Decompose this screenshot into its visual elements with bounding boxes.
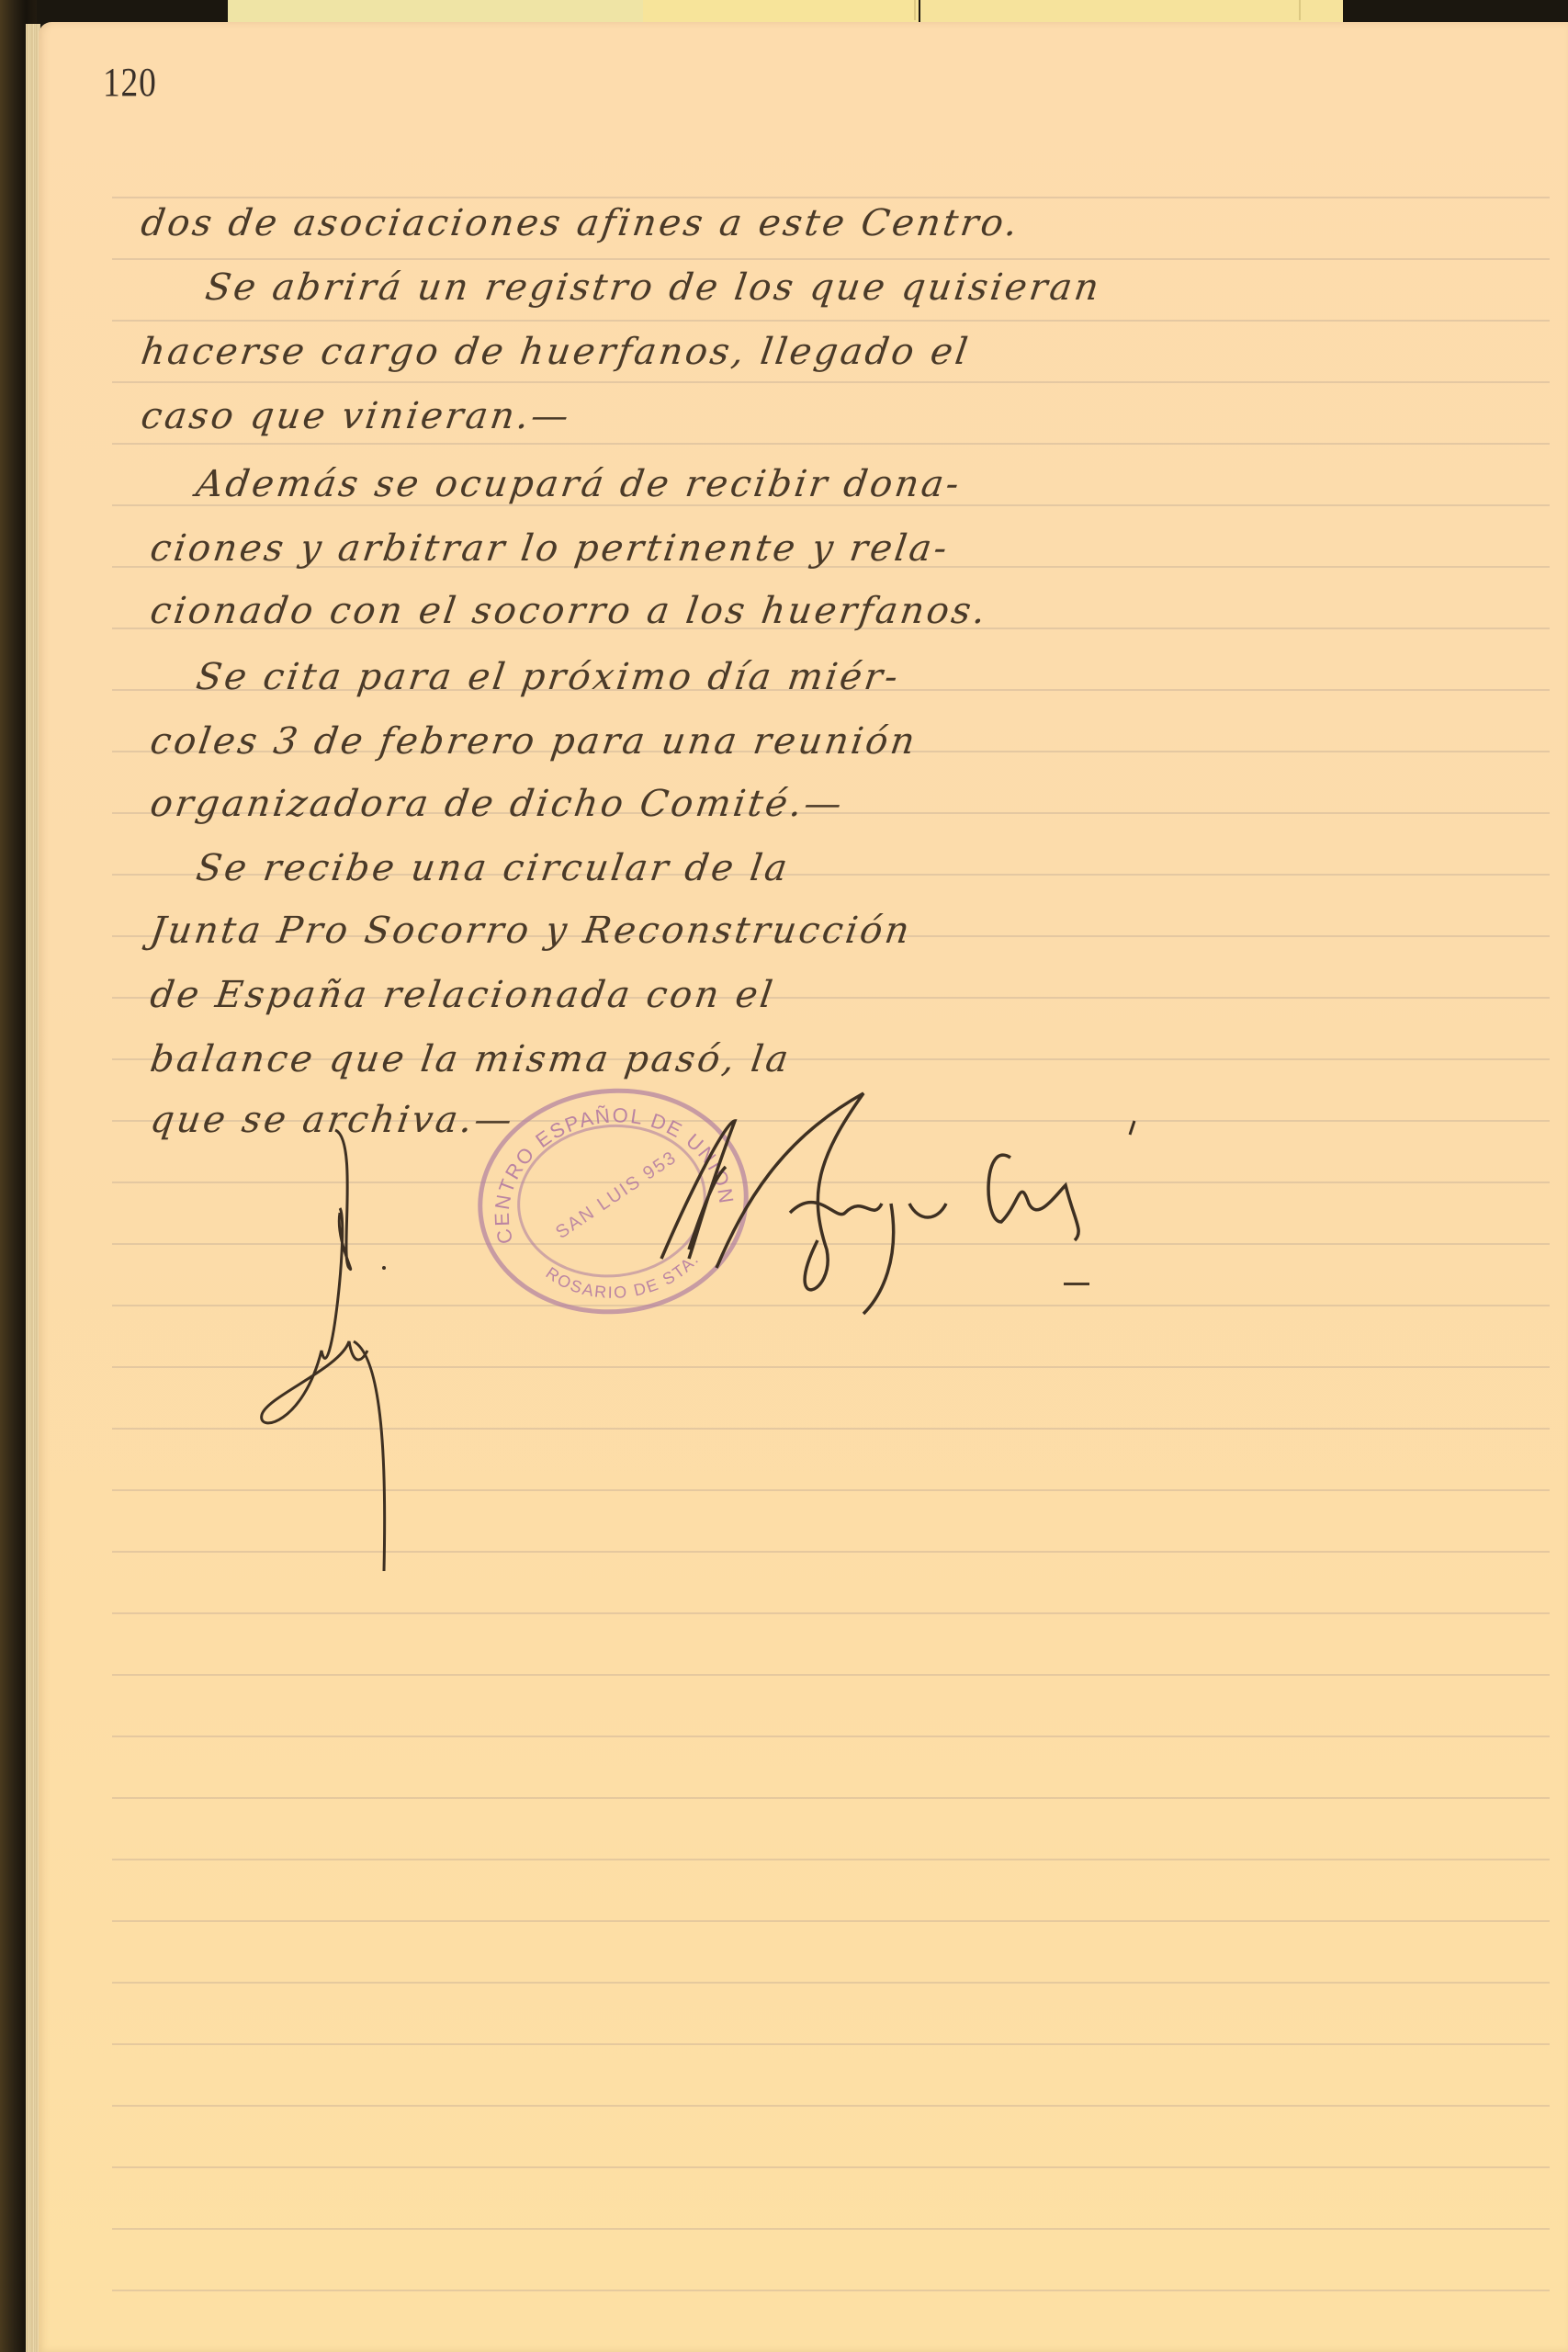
ruled-line xyxy=(112,2105,1550,2107)
signature-right xyxy=(634,1084,1148,1323)
ruled-line xyxy=(112,2290,1550,2291)
sticky-tab xyxy=(920,0,1343,22)
text-line-6: ciones y arbitrar lo pertinente y rela- xyxy=(148,527,953,570)
text-line-13: de España relacionada con el xyxy=(148,974,778,1016)
ruled-line xyxy=(112,381,1550,383)
ruled-line xyxy=(112,197,1550,198)
ruled-line xyxy=(112,1674,1550,1676)
ruled-line xyxy=(112,2043,1550,2045)
text-line-5: Además se ocupará de recibir dona- xyxy=(194,463,964,505)
text-line-10: organizadora de dicho Comité.— xyxy=(148,783,847,825)
ruled-line xyxy=(112,320,1550,322)
text-line-2: Se abrirá un registro de los que quisier… xyxy=(203,266,1104,309)
text-line-4: caso que vinieran.— xyxy=(139,395,574,437)
ruled-line xyxy=(112,2166,1550,2168)
text-line-12: Junta Pro Socorro y Reconstrucción xyxy=(148,910,915,952)
ruled-line xyxy=(112,2228,1550,2230)
sticky-tab xyxy=(643,0,919,22)
tab-divider xyxy=(914,0,916,20)
ruled-line xyxy=(112,1736,1550,1737)
text-line-8: Se cita para el próximo día miér- xyxy=(194,656,903,698)
text-line-14: balance que la misma pasó, la xyxy=(148,1038,794,1080)
signature-left xyxy=(248,1121,468,1580)
ruled-line xyxy=(112,1982,1550,1984)
text-line-9: coles 3 de febrero para una reunión xyxy=(148,720,920,763)
tab-divider xyxy=(1299,0,1301,20)
signature-dash xyxy=(1064,1283,1089,1285)
ruled-line xyxy=(112,443,1550,445)
ruled-line xyxy=(112,1859,1550,1860)
ruled-line xyxy=(112,1612,1550,1614)
page-number: 120 xyxy=(103,59,157,106)
text-line-1: dos de asociaciones afines a este Centro… xyxy=(139,202,1023,244)
ruled-line xyxy=(112,1797,1550,1799)
text-line-3: hacerse cargo de huerfanos, llegado el xyxy=(139,331,973,373)
text-line-7: cionado con el socorro a los huerfanos. xyxy=(148,590,991,632)
ruled-line xyxy=(112,1920,1550,1922)
ruled-line xyxy=(112,258,1550,260)
text-line-11: Se recibe una circular de la xyxy=(194,847,793,889)
